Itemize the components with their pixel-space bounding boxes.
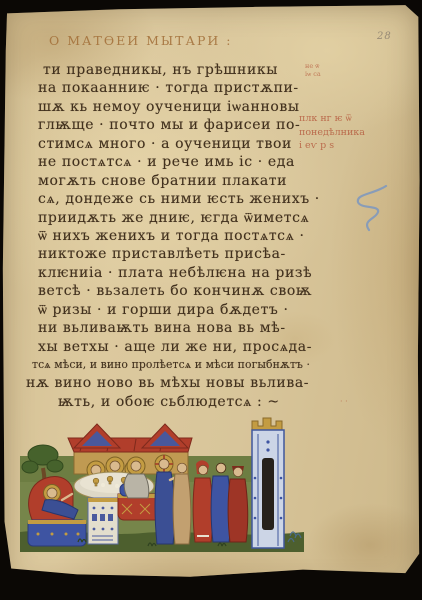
text-line: никтоже приставлѣеть присѣа-	[38, 245, 338, 263]
text-line: на покаанниѥ · тогда пристѫпи-	[38, 79, 338, 97]
text-line: тсѧ мѣси, и вино пролѣетсѧ и мѣси погыбн…	[32, 356, 338, 374]
faded-red-end-mark: · ·	[340, 397, 348, 406]
table-pedestal	[88, 498, 118, 544]
lectionary-note-side-line3: і еѵ р ѕ	[299, 139, 365, 153]
lectionary-note-side-line1: плк нг ѥ ѿ	[299, 112, 365, 126]
parchment-page: О МАТѲЕИ МЫТАРИ : 28 не ѿ іѡ са ти праве…	[2, 4, 420, 592]
city-tower	[252, 418, 284, 548]
text-line: шѫ кь немоу оученици іѡанновы	[38, 98, 338, 116]
rubric-header: О МАТѲЕИ МЫТАРИ :	[49, 33, 232, 48]
lectionary-note-side: плк нг ѥ ѿ понедѣлника і еѵ р ѕ	[299, 112, 365, 153]
text-line: стимсѧ много · а оученици твои	[38, 135, 338, 153]
margin-pencil-scribble	[346, 178, 398, 236]
text-line: ти праведникы, нъ грѣшникы	[43, 61, 338, 79]
text-line: ветсѣ · вьзалеть бо кончинѫ своѭ	[38, 282, 338, 300]
main-text-block: ти праведникы, нъ грѣшникы на покаанниѥ …	[38, 61, 338, 411]
text-line: приидѫть же дниѥ, ѥгда ѿиметсѧ	[38, 209, 338, 227]
text-line: ни вьливаѭть вина нова вь мѣ-	[38, 319, 338, 337]
text-line: сѧ, дондеже сь ними ѥсть женихъ ·	[38, 190, 338, 208]
text-line: ѿ нихъ женихъ и тогда постѧтсѧ ·	[38, 227, 338, 245]
text-line: клѥниіа · плата небѣлѥна на ризѣ	[38, 264, 338, 282]
feast-miniature	[18, 408, 308, 554]
text-line: ѿ ризы · и горши дира бѫдетъ ·	[38, 301, 338, 319]
text-line: глѭще · почто мы и фарисеи по-	[38, 116, 338, 134]
standing-apostle	[173, 463, 191, 544]
pharisees-group	[193, 460, 248, 542]
text-line: нѫ вино ново вь мѣхы новы вьлива-	[26, 374, 338, 392]
folio-number: 28	[377, 31, 392, 42]
text-line: хы ветхы · аще ли же ни, просѧда-	[38, 338, 338, 356]
manuscript-photo: О МАТѲЕИ МЫТАРИ : 28 не ѿ іѡ са ти праве…	[0, 0, 422, 600]
text-line: могѫть снове братнии плакати	[38, 172, 338, 190]
text-line: не постѧтсѧ · и рече имь іс · еда	[38, 153, 338, 171]
lectionary-note-side-line2: понедѣлника	[299, 126, 365, 140]
